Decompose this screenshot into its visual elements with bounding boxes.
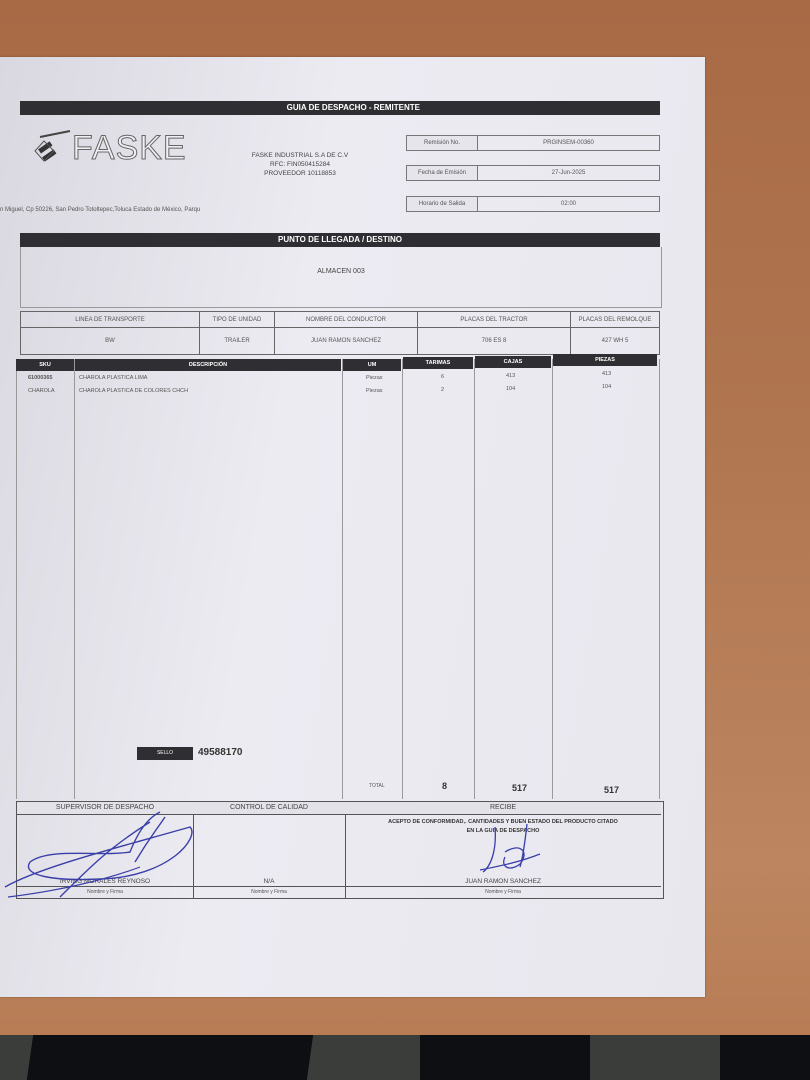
- document-title-bar: GUIA DE DESPACHO - REMITENTE: [20, 101, 660, 115]
- sello-value: 49588170: [198, 747, 243, 758]
- document-title: GUIA DE DESPACHO - REMITENTE: [287, 103, 420, 112]
- tipo-value: TRAILER: [200, 328, 275, 355]
- th-linea: LINEA DE TRANSPORTE: [21, 312, 200, 328]
- floor-background: [0, 1035, 810, 1080]
- col-um: [342, 359, 403, 799]
- calidad-nombre-firma: Nombre y Firma: [193, 886, 345, 898]
- supervisor-signature-icon: [0, 807, 210, 907]
- th-tarimas: TARIMAS: [403, 357, 473, 369]
- destination-value: ALMACEN 003: [317, 268, 364, 275]
- col-sku: [16, 359, 75, 799]
- company-rfc: RFC: FIN050415284: [230, 160, 370, 169]
- row2-cajas: 104: [506, 386, 515, 392]
- linea-value: BW: [21, 328, 200, 355]
- total-tarimas: 8: [442, 781, 447, 791]
- faske-logo: FASKE: [32, 129, 212, 169]
- th-remolque: PLACAS DEL REMOLQUE: [571, 312, 660, 328]
- recibe-header: RECIBE: [345, 802, 661, 815]
- row2-piezas: 104: [602, 384, 611, 390]
- row2-tarimas: 2: [441, 387, 444, 393]
- horario-value: 02:00: [478, 196, 660, 212]
- row1-cajas: 413: [506, 373, 515, 379]
- th-conductor: NOMBRE DEL CONDUCTOR: [275, 312, 418, 328]
- items-table: SKU DESCRIPCIÓN UM TARIMAS CAJAS PIEZAS …: [16, 359, 660, 789]
- destination-header: PUNTO DE LLEGADA / DESTINO: [20, 233, 660, 247]
- horario-label: Horario de Salida: [406, 196, 478, 212]
- logo-text: FASKE: [72, 129, 187, 168]
- total-cajas: 517: [512, 783, 527, 793]
- th-descripcion: DESCRIPCIÓN: [75, 359, 341, 371]
- destination-box: ALMACEN 003: [20, 247, 662, 308]
- conductor-value: JUAN RAMON SANCHEZ: [275, 328, 418, 355]
- row1-um: Piezas: [366, 375, 383, 381]
- row1-sku: 61000365: [28, 375, 52, 381]
- total-label: TOTAL: [369, 783, 385, 789]
- dispatch-guide-paper: GUIA DE DESPACHO - REMITENTE FASKE FASKE…: [0, 57, 705, 997]
- remision-row: Remisión No. PRGINSEM-00360: [406, 135, 660, 151]
- horario-row: Horario de Salida 02:00: [406, 196, 660, 212]
- fecha-row: Fecha de Emisión 27-Jun-2025: [406, 165, 660, 181]
- th-cajas: CAJAS: [475, 356, 551, 368]
- remision-value: PRGINSEM-00360: [478, 135, 660, 151]
- sello-label: SELLO: [137, 747, 193, 760]
- th-tipo: TIPO DE UNIDAD: [200, 312, 275, 328]
- row1-descripcion: CHAROLA PLASTICA LIMA: [79, 375, 147, 381]
- col-cajas: [474, 359, 553, 799]
- row2-descripcion: CHAROLA PLASTICA DE COLORES CHCH: [79, 388, 188, 394]
- th-piezas: PIEZAS: [553, 354, 657, 366]
- total-piezas: 517: [604, 785, 619, 795]
- transport-table: LINEA DE TRANSPORTE TIPO DE UNIDAD NOMBR…: [20, 311, 660, 355]
- company-proveedor: PROVEEDOR 10118853: [230, 169, 370, 178]
- calidad-name: N/A: [193, 878, 345, 885]
- receiver-signature-icon: [475, 822, 545, 882]
- row2-um: Piezas: [366, 388, 383, 394]
- fecha-label: Fecha de Emisión: [406, 165, 478, 181]
- col-descripcion: [74, 359, 343, 799]
- col-tarimas: [402, 359, 475, 799]
- th-tractor: PLACAS DEL TRACTOR: [418, 312, 571, 328]
- row2-sku: CHAROLA: [28, 388, 55, 394]
- tractor-value: 706 ES 8: [418, 328, 571, 355]
- calidad-header: CONTROL DE CALIDAD: [193, 802, 345, 815]
- company-name: FASKE INDUSTRIAL S.A DE C.V: [230, 151, 370, 160]
- row1-tarimas: 6: [441, 374, 444, 380]
- recibe-nombre-firma: Nombre y Firma: [345, 886, 661, 898]
- company-address: n Miguel, Cp 50226, San Pedro Totoltepec…: [0, 207, 200, 213]
- th-um: UM: [343, 359, 401, 371]
- col-piezas: [552, 359, 660, 799]
- company-info: FASKE INDUSTRIAL S.A DE C.V RFC: FIN0504…: [230, 151, 370, 178]
- remision-label: Remisión No.: [406, 135, 478, 151]
- remolque-value: 427 WH 5: [571, 328, 660, 355]
- fecha-value: 27-Jun-2025: [478, 165, 660, 181]
- row1-piezas: 413: [602, 371, 611, 377]
- calidad-block: CONTROL DE CALIDAD N/A Nombre y Firma: [193, 802, 346, 898]
- logo-mark-icon: [32, 129, 72, 169]
- th-sku: SKU: [16, 359, 74, 371]
